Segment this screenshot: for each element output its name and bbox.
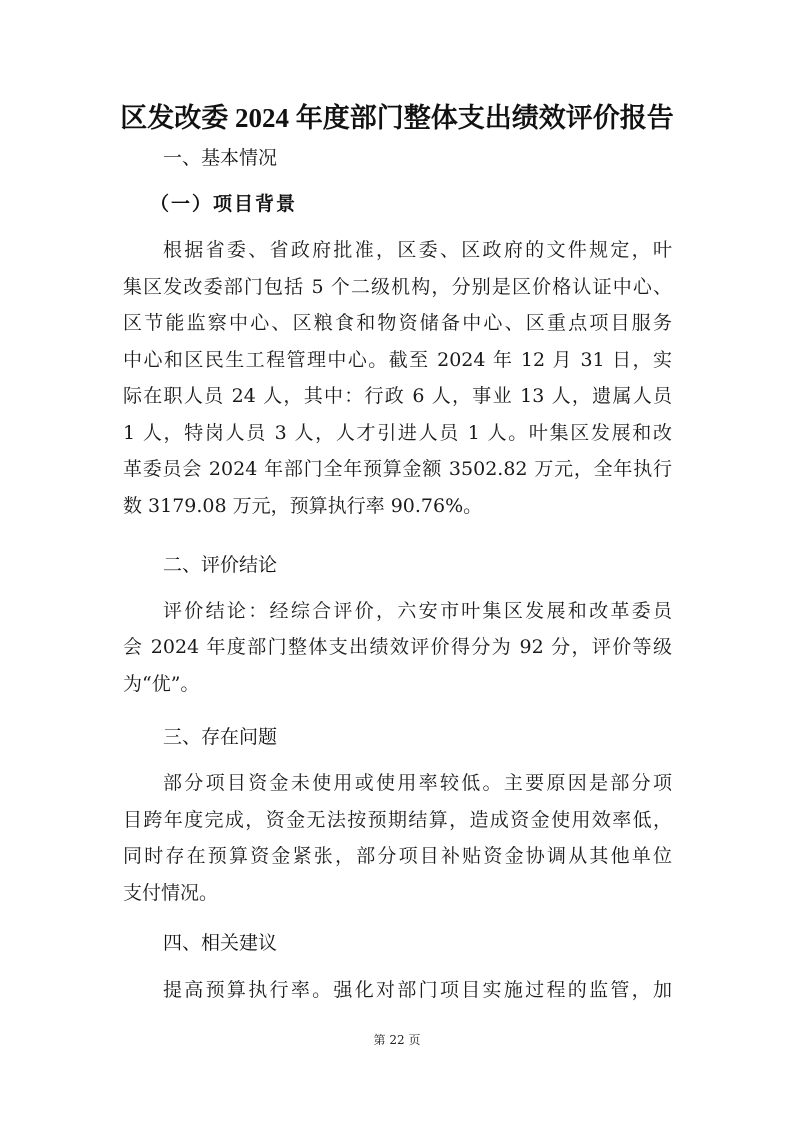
paragraph-line: 区节能监察中心、区粮食和物资储备中心、区重点项目服务	[123, 308, 672, 338]
section-heading-existing-problems: 三、存在问题	[163, 722, 277, 752]
subsection-heading-project-background: （一）项目背景	[150, 189, 297, 219]
document-title: 区发改委 2024 年度部门整体支出绩效评价报告	[0, 98, 794, 138]
paragraph-line: 1 人，特岗人员 3 人，人才引进人员 1 人。叶集区发展和改	[123, 418, 672, 448]
paragraph-line: 根据省委、省政府批准，区委、区政府的文件规定，叶	[163, 235, 672, 265]
paragraph-line: 目跨年度完成，资金无法按预期结算，造成资金使用效率低，	[123, 805, 672, 835]
paragraph-line: 部分项目资金未使用或使用率较低。主要原因是部分项	[163, 768, 672, 798]
paragraph-line: 提高预算执行率。强化对部门项目实施过程的监管，加	[163, 975, 672, 1005]
section-heading-basic-info: 一、基本情况	[163, 143, 277, 173]
section-heading-recommendations: 四、相关建议	[163, 928, 277, 958]
document-page: 区发改委 2024 年度部门整体支出绩效评价报告 一、基本情况 （一）项目背景 …	[0, 0, 794, 1122]
paragraph-line: 集区发改委部门包括 5 个二级机构，分别是区价格认证中心、	[123, 272, 672, 302]
paragraph-line: 际在职人员 24 人，其中：行政 6 人，事业 13 人，遗属人员	[123, 381, 672, 411]
paragraph-line: 会 2024 年度部门整体支出绩效评价得分为 92 分，评价等级	[123, 632, 672, 662]
paragraph-line: 革委员会 2024 年部门全年预算金额 3502.82 万元，全年执行	[123, 454, 672, 484]
paragraph-line: 中心和区民生工程管理中心。截至 2024 年 12 月 31 日，实	[123, 345, 672, 375]
paragraph-line: 同时存在预算资金紧张，部分项目补贴资金协调从其他单位	[123, 841, 672, 871]
paragraph-line: 支付情况。	[123, 878, 672, 908]
section-heading-evaluation-conclusion: 二、评价结论	[163, 550, 277, 580]
paragraph-line: 为“优”。	[123, 669, 672, 699]
page-number: 第 22 页	[0, 1030, 794, 1050]
paragraph-line: 数 3179.08 万元，预算执行率 90.76%。	[123, 491, 672, 521]
paragraph-line: 评价结论：经综合评价，六安市叶集区发展和改革委员	[163, 596, 672, 626]
